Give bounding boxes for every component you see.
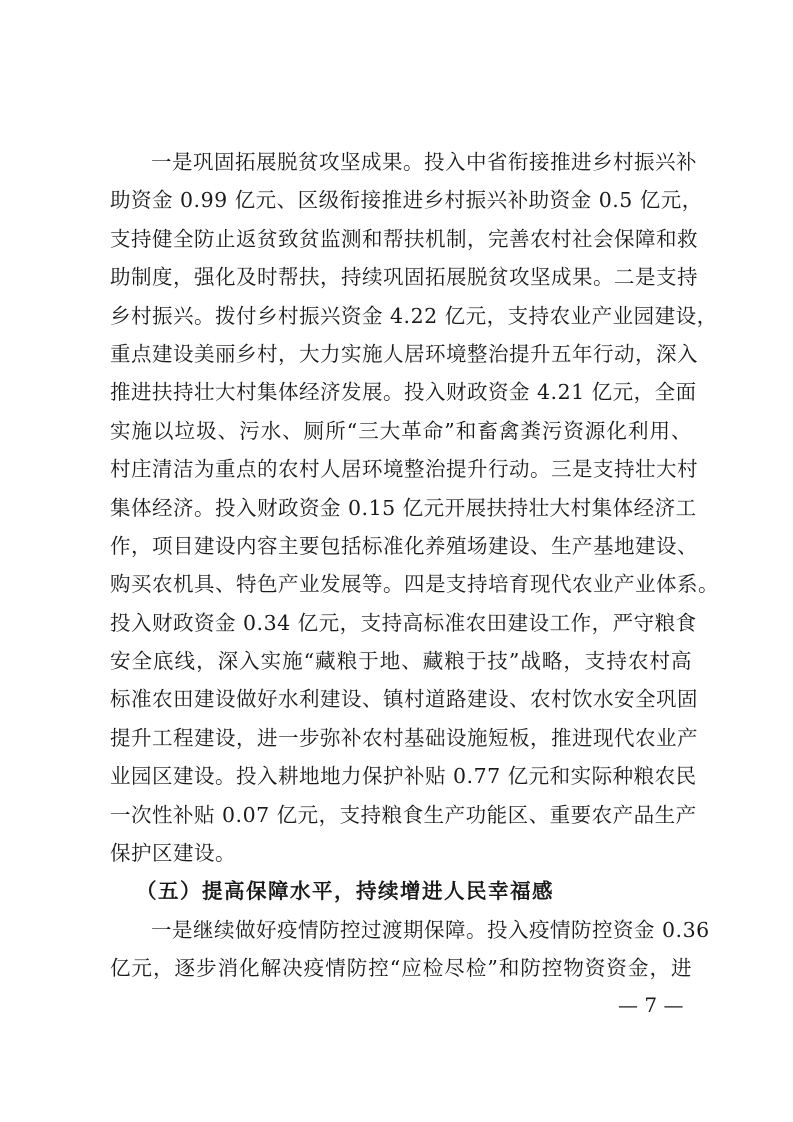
paragraph-line: 保护区建设。 [110,834,692,872]
paragraph-line: 支持健全防止返贫致贫监测和帮扶机制，完善农村社会保障和救 [110,220,692,258]
paragraph-line: 业园区建设。投入耕地地力保护补贴 0.77 亿元和实际种粮农民 [110,757,692,795]
paragraph-line: 购买农机具、特色产业发展等。四是支持培育现代农业产业体系。 [110,565,692,603]
paragraph-line: 投入财政资金 0.34 亿元，支持高标准农田建设工作，严守粮食 [110,604,692,642]
body-text: 一是巩固拓展脱贫攻坚成果。投入中省衔接推进乡村振兴补 助资金 0.99 亿元、区… [110,143,692,988]
section-heading: （五）提高保障水平，持续增进人民幸福感 [110,872,692,910]
page-number: — 7 — [618,993,683,1017]
paragraph-line: 重点建设美丽乡村，大力实施人居环境整治提升五年行动，深入 [110,335,692,373]
paragraph-line: 村庄清洁为重点的农村人居环境整治提升行动。三是支持壮大村 [110,450,692,488]
paragraph-line: 安全底线，深入实施“藏粮于地、藏粮于技”战略，支持农村高 [110,642,692,680]
paragraph-line: 提升工程建设，进一步弥补农村基础设施短板，推进现代农业产 [110,719,692,757]
paragraph-line: 助资金 0.99 亿元、区级衔接推进乡村振兴补助资金 0.5 亿元， [110,181,692,219]
paragraph-line: 一是巩固拓展脱贫攻坚成果。投入中省衔接推进乡村振兴补 [110,143,692,181]
paragraph-line: 乡村振兴。拨付乡村振兴资金 4.22 亿元，支持农业产业园建设， [110,297,692,335]
paragraph-line: 标准农田建设做好水利建设、镇村道路建设、农村饮水安全巩固 [110,680,692,718]
paragraph-line: 实施以垃圾、污水、厕所“三大革命”和畜禽粪污资源化利用、 [110,412,692,450]
paragraph-line: 集体经济。投入财政资金 0.15 亿元开展扶持壮大村集体经济工 [110,489,692,527]
paragraph-line: 一次性补贴 0.07 亿元，支持粮食生产功能区、重要农产品生产 [110,796,692,834]
paragraph-line: 助制度，强化及时帮扶，持续巩固拓展脱贫攻坚成果。二是支持 [110,258,692,296]
paragraph-line: 推进扶持壮大村集体经济发展。投入财政资金 4.21 亿元，全面 [110,373,692,411]
paragraph-line: 作，项目建设内容主要包括标准化养殖场建设、生产基地建设、 [110,527,692,565]
paragraph-line: 亿元，逐步消化解决疫情防控“应检尽检”和防控物资资金，进 [110,949,692,987]
document-page: 一是巩固拓展脱贫攻坚成果。投入中省衔接推进乡村振兴补 助资金 0.99 亿元、区… [0,0,793,1122]
paragraph-line: 一是继续做好疫情防控过渡期保障。投入疫情防控资金 0.36 [110,911,692,949]
